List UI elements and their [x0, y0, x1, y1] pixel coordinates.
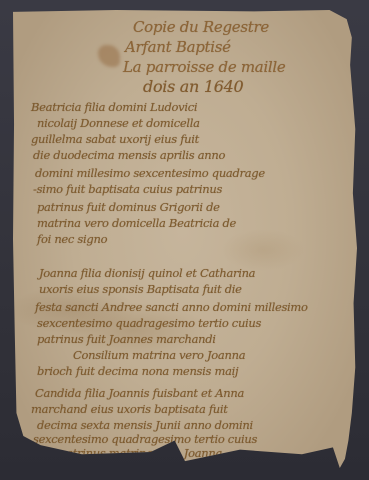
entry-1-line-7: patrinus fuit dominus Grigorii de — [37, 200, 220, 214]
manuscript-page: Copie du Regestre Arfant Baptisé La parr… — [13, 10, 357, 468]
date-line: dois an 1640 — [143, 77, 243, 96]
entry-2-line-5: patrinus fuit Joannes marchandi — [37, 332, 216, 346]
entry-1-line-2: nicolaij Donnese et domicella — [37, 116, 200, 130]
ink-stain — [98, 45, 120, 67]
entry-1-line-6: -simo fuit baptisata cuius patrinus — [33, 182, 222, 196]
heading-line-3: La parroisse de maille — [123, 58, 286, 76]
entry-2-line-6: Consilium matrina vero Joanna — [73, 348, 245, 362]
entry-2-line-2: uxoris eius sponsis Baptisata fuit die — [39, 282, 242, 296]
entry-1-line-8: matrina vero domicella Beatricia de — [37, 216, 236, 230]
heading-line-1: Copie du Regestre — [133, 18, 269, 36]
entry-1-line-1: Beatricia filia domini Ludovici — [31, 100, 197, 114]
entry-1-line-3: guillelma sabat uxorij eius fuit — [31, 132, 199, 146]
entry-1-line-9: foi nec signo — [37, 232, 107, 246]
entry-2-line-7: brioch fuit decima nona mensis maij — [37, 364, 238, 378]
heading-line-2: Arfant Baptisé — [125, 38, 231, 56]
entry-3-line-4: sexcentesimo quadragesimo tertio cuius — [33, 432, 257, 446]
entry-1-line-4: die duodecima mensis aprilis anno — [33, 148, 225, 162]
entry-1-line-5: domini millesimo sexcentesimo quadrage — [35, 166, 265, 180]
entry-2-line-3: festa sancti Andree sancti anno domini m… — [35, 300, 308, 314]
entry-3-line-1: Candida filia Joannis fuisbant et Anna — [35, 386, 244, 400]
entry-2-line-1: Joanna filia dionisij quinol et Catharin… — [39, 266, 255, 280]
entry-3-line-2: marchand eius uxoris baptisata fuit — [31, 402, 228, 416]
entry-3-line-3: decima sexta mensis Junii anno domini — [37, 418, 253, 432]
entry-2-line-4: sexcentesimo quadragesimo tertio cuius — [37, 316, 261, 330]
